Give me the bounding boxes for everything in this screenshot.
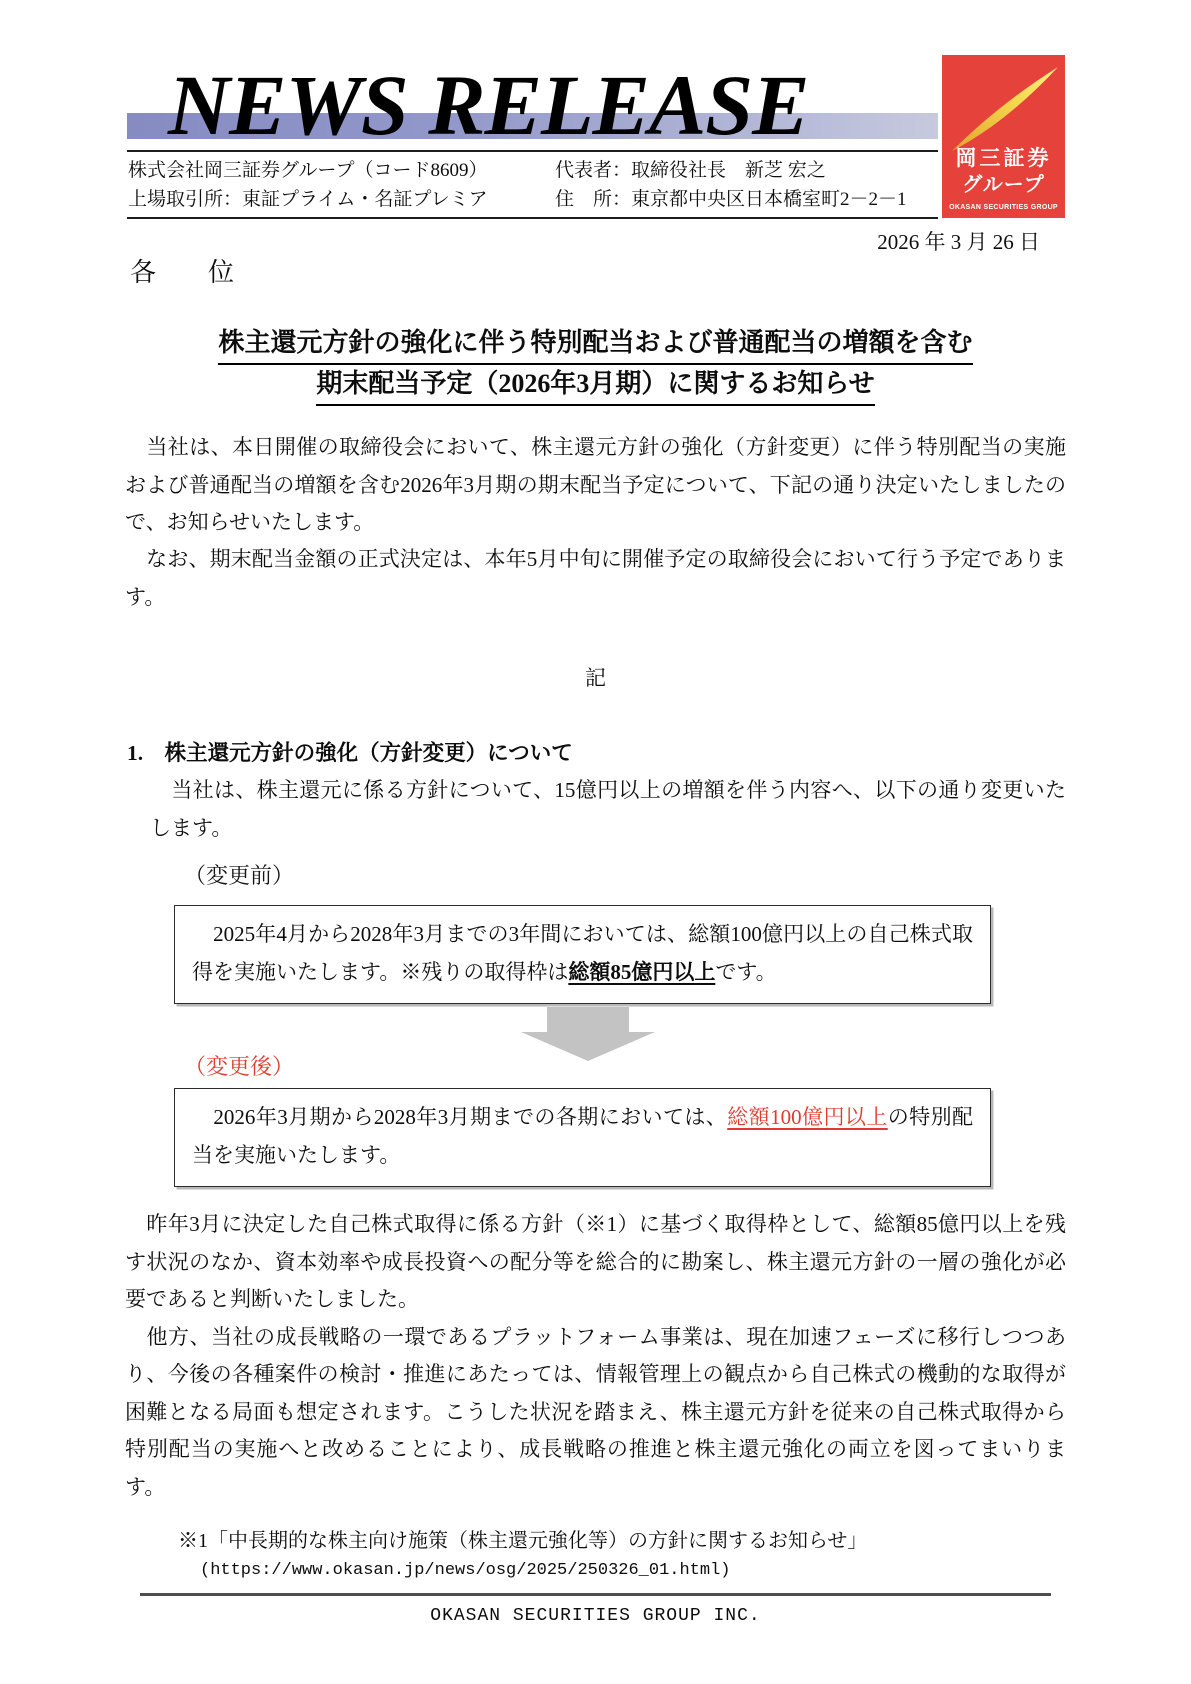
release-date: 2026 年 3 月 26 日 bbox=[877, 226, 1040, 256]
after-box-emphasis: 総額100億円以上 bbox=[727, 1105, 888, 1129]
footnote-url: (https://www.okasan.jp/news/osg/2025/250… bbox=[200, 1556, 867, 1585]
logo-jp-line2: グループ bbox=[942, 173, 1065, 197]
section1-heading: 1. 株主還元方針の強化（方針変更）について bbox=[127, 736, 573, 767]
company-info-right: 代表者：取締役社長 新芝 宏之 住 所：東京都中央区日本橋室町2－2－1 bbox=[555, 156, 907, 214]
company-listing-line: 上場取引所：東証プライム・名証プレミア bbox=[128, 185, 488, 214]
news-release-page: NEWS RELEASE 岡三証券 グループ OKASAN SECURITIES… bbox=[0, 0, 1191, 1684]
footnote: ※1「中長期的な株主向け施策（株主還元強化等）の方針に関するお知らせ」 (htt… bbox=[178, 1527, 867, 1585]
after-box-text: 2026年3月期から2028年3月期までの各期においては、 bbox=[192, 1105, 727, 1129]
before-box-emphasis: 総額85億円以上 bbox=[568, 960, 715, 984]
intro-paragraph-1: 当社は、本日開催の取締役会において、株主還元方針の強化（方針変更）に伴う特別配当… bbox=[125, 429, 1066, 542]
before-box-text-end: です。 bbox=[715, 960, 776, 984]
footer-rule bbox=[140, 1593, 1051, 1596]
ki-marker: 記 bbox=[125, 662, 1066, 692]
gold-swoosh-icon bbox=[946, 61, 1061, 156]
footer-company-name: OKASAN SECURITIES GROUP INC. bbox=[0, 1606, 1191, 1626]
document-title: 株主還元方針の強化に伴う特別配当および普通配当の増額を含む 期末配当予定（202… bbox=[125, 324, 1066, 406]
intro-paragraph-2: なお、期末配当金額の正式決定は、本年5月中旬に開催予定の取締役会において行う予定… bbox=[125, 541, 1066, 616]
after-change-label: （変更後） bbox=[184, 1050, 294, 1081]
before-change-label: （変更前） bbox=[184, 859, 294, 890]
down-arrow-icon bbox=[521, 1007, 655, 1061]
explanation-paragraph-2: 他方、当社の成長戦略の一環であるプラットフォーム事業は、現在加速フェーズに移行し… bbox=[125, 1319, 1066, 1507]
okasan-logo: 岡三証券 グループ OKASAN SECURITIES GROUP bbox=[942, 55, 1065, 218]
company-representative-line: 代表者：取締役社長 新芝 宏之 bbox=[555, 156, 907, 185]
logo-en-line: OKASAN SECURITIES GROUP bbox=[942, 204, 1065, 211]
section1-intro: 当社は、株主還元に係る方針について、15億円以上の増額を伴う内容へ、以下の通り変… bbox=[150, 772, 1066, 847]
document-title-line1: 株主還元方針の強化に伴う特別配当および普通配当の増額を含む bbox=[218, 324, 972, 365]
company-name-line: 株式会社岡三証券グループ（コード8609） bbox=[128, 156, 488, 185]
company-address-line: 住 所：東京都中央区日本橋室町2－2－1 bbox=[555, 185, 907, 214]
before-change-box: 2025年4月から2028年3月までの3年間においては、総額100億円以上の自己… bbox=[174, 905, 991, 1004]
after-change-box: 2026年3月期から2028年3月期までの各期においては、総額100億円以上の特… bbox=[174, 1088, 991, 1187]
logo-jp-line1: 岡三証券 bbox=[942, 147, 1065, 170]
footnote-line1: ※1「中長期的な株主向け施策（株主還元強化等）の方針に関するお知らせ」 bbox=[178, 1527, 867, 1556]
news-release-title: NEWS RELEASE bbox=[168, 62, 808, 148]
explanation-paragraphs: 昨年3月に決定した自己株式取得に係る方針（※1）に基づく取得枠として、総額85億… bbox=[125, 1206, 1066, 1506]
header-rule-top bbox=[127, 150, 938, 152]
company-info-left: 株式会社岡三証券グループ（コード8609） 上場取引所：東証プライム・名証プレミ… bbox=[128, 156, 488, 214]
recipient-line: 各 位 bbox=[130, 252, 234, 289]
explanation-paragraph-1: 昨年3月に決定した自己株式取得に係る方針（※1）に基づく取得枠として、総額85億… bbox=[125, 1206, 1066, 1319]
header-rule-bottom bbox=[127, 217, 938, 219]
document-title-line2: 期末配当予定（2026年3月期）に関するお知らせ bbox=[316, 365, 874, 406]
